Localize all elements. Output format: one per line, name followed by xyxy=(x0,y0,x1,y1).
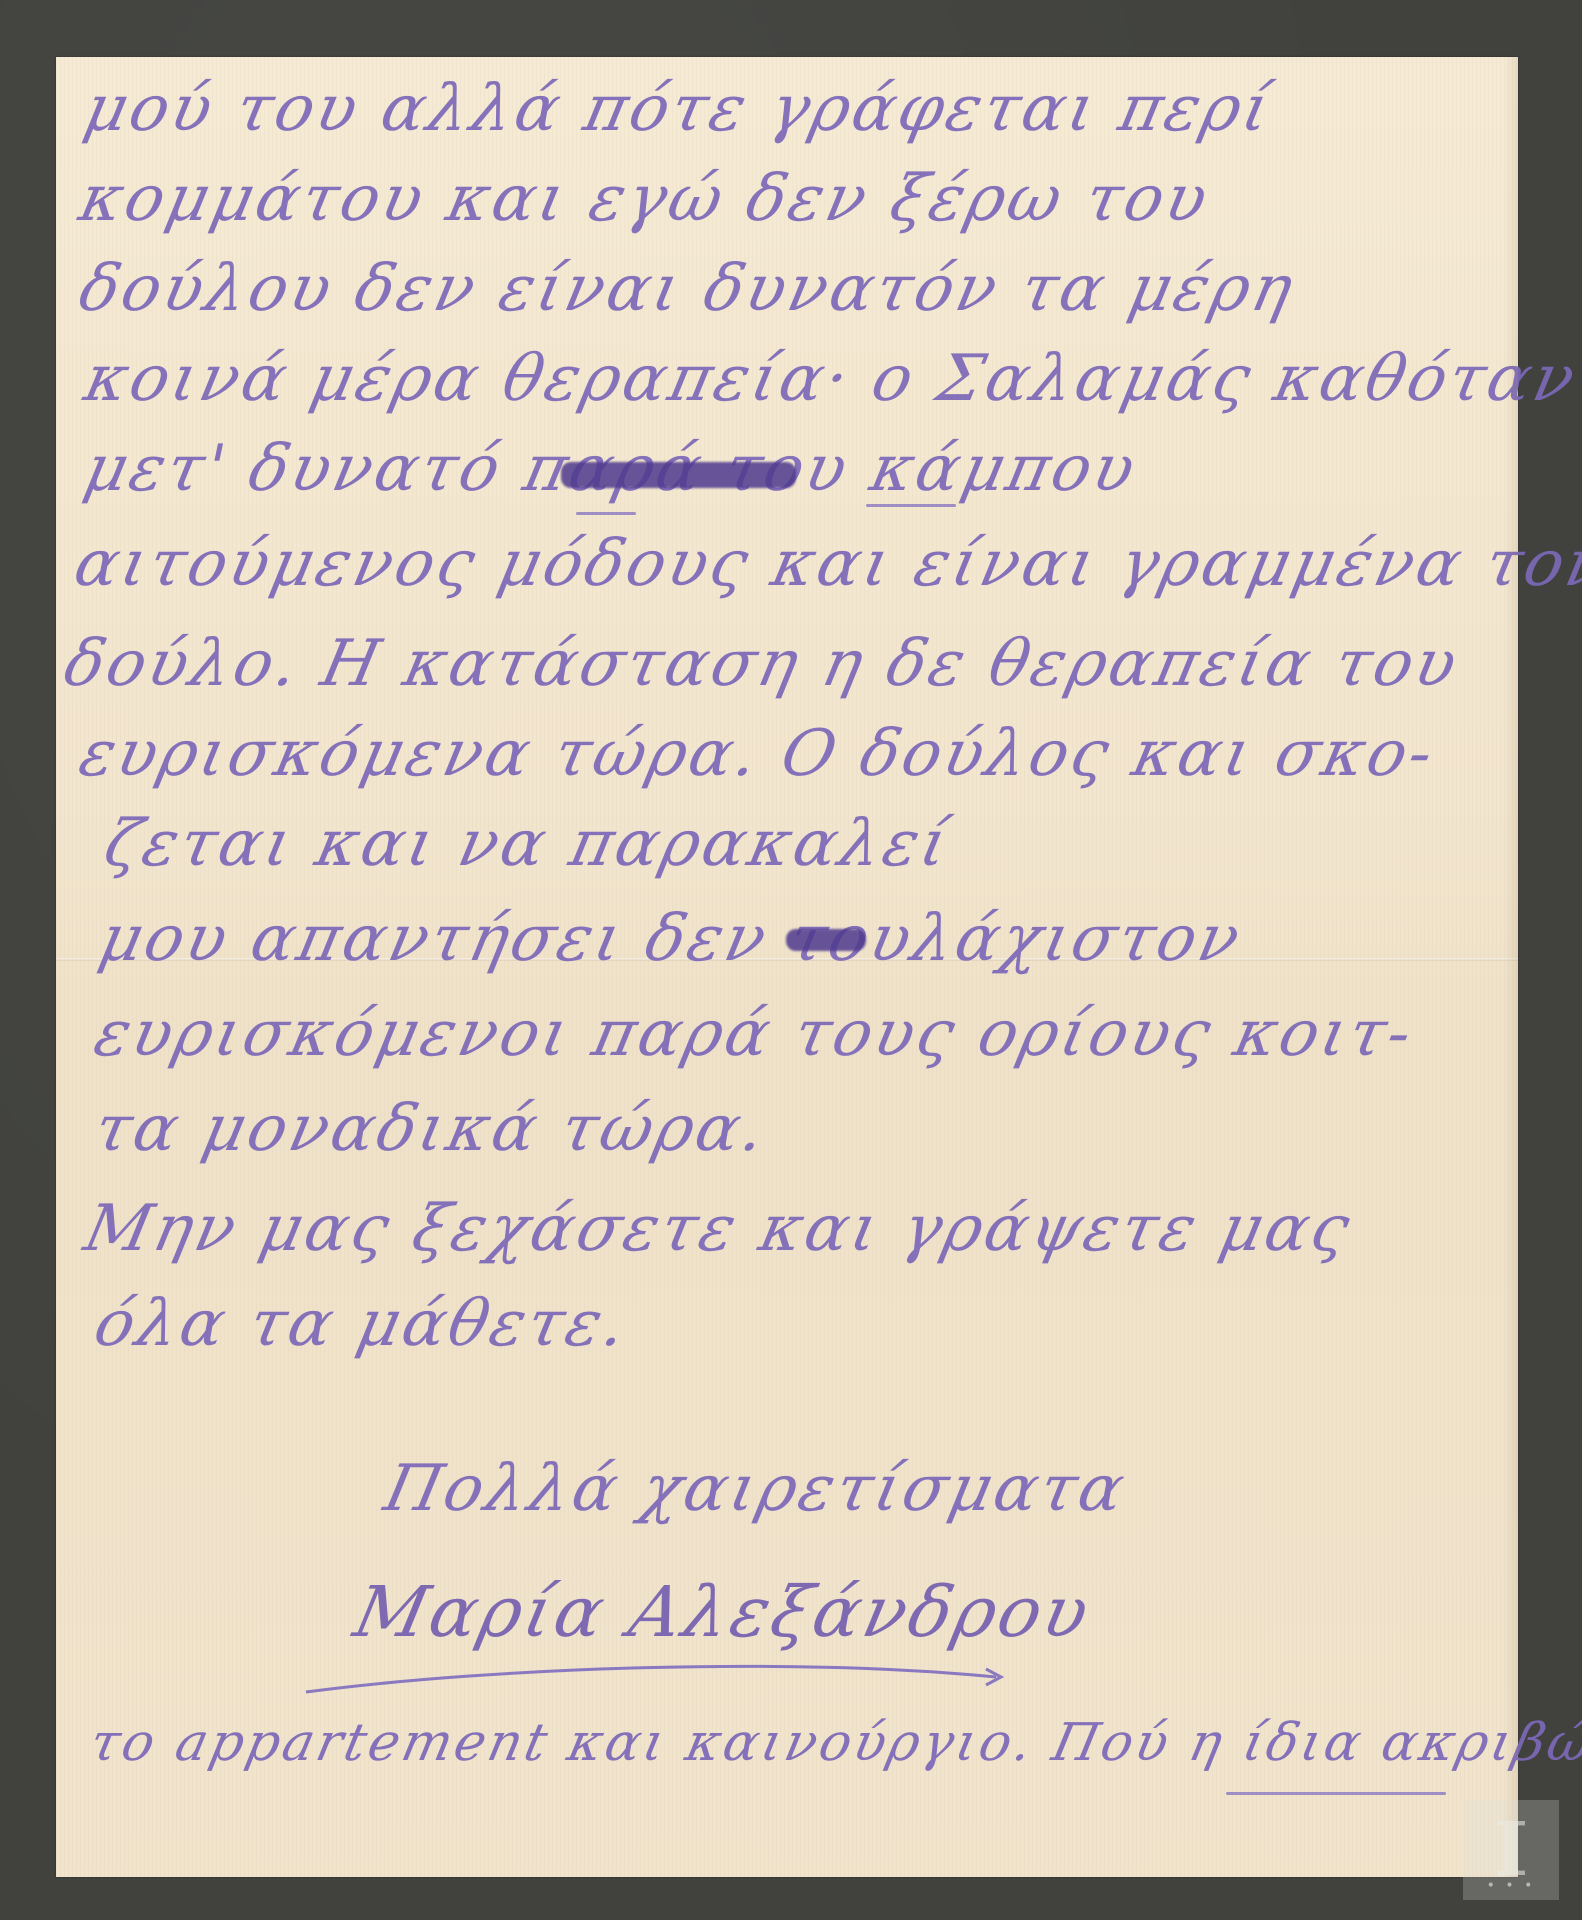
letter-line-7: δούλο. Η κατάσταση η δε θεραπεία του xyxy=(59,632,1465,696)
letter-line-11: ευρισκόμενοι παρά τους ορίους κοιτ- xyxy=(89,1002,1420,1066)
postscript-underline xyxy=(1226,1792,1446,1795)
letter-line-2: κομμάτου και εγώ δεν ξέρω του xyxy=(74,167,1215,231)
signature: Μαρία Αλεξάνδρου xyxy=(349,1577,1098,1647)
letter-line-9: ζεται και να παρακαλεί xyxy=(99,812,956,876)
letter-line-3: δούλου δεν είναι δυνατόν τα μέρη xyxy=(74,257,1301,321)
letter-line-1: μού του αλλά πότε γράφεται περί xyxy=(79,77,1278,141)
letter-page: μού του αλλά πότε γράφεται περί κομμάτου… xyxy=(56,57,1518,1877)
letter-line-12: τα μοναδικά τώρα. xyxy=(89,1097,773,1161)
letter-line-14: όλα τα μάθετε. xyxy=(89,1292,634,1356)
underline-mark xyxy=(866,504,956,507)
letter-line-10: μου απαντήσει δεν τουλάχιστον xyxy=(94,907,1248,971)
archive-watermark-logo: I • • • xyxy=(1463,1800,1559,1900)
strike-mark xyxy=(576,512,636,515)
letter-body: μού του αλλά πότε γράφεται περί κομμάτου… xyxy=(56,57,1518,1877)
letter-line-4: κοινά μέρα θεραπεία· ο Σαλαμάς καθόταν xyxy=(79,347,1582,411)
ornamental-initial-icon: I xyxy=(1494,1813,1529,1887)
postscript-line: το appartement και καινούργιο. Πού η ίδι… xyxy=(85,1717,1582,1769)
closing-salutation: Πολλά χαιρετίσματα xyxy=(379,1457,1132,1521)
crossed-out-word xyxy=(561,462,796,488)
signature-flourish xyxy=(296,1647,1016,1707)
letter-line-6: αιτούμενος μόδους και είναι γραμμένα τον xyxy=(69,532,1582,596)
letter-line-13: Μην μας ξεχάσετε και γράψετε μας xyxy=(79,1197,1357,1261)
letter-line-8: ευρισκόμενα τώρα. Ο δούλος και σκο- xyxy=(74,722,1441,786)
logo-dots: • • • xyxy=(1463,1878,1559,1894)
crossed-out-word xyxy=(786,929,866,951)
